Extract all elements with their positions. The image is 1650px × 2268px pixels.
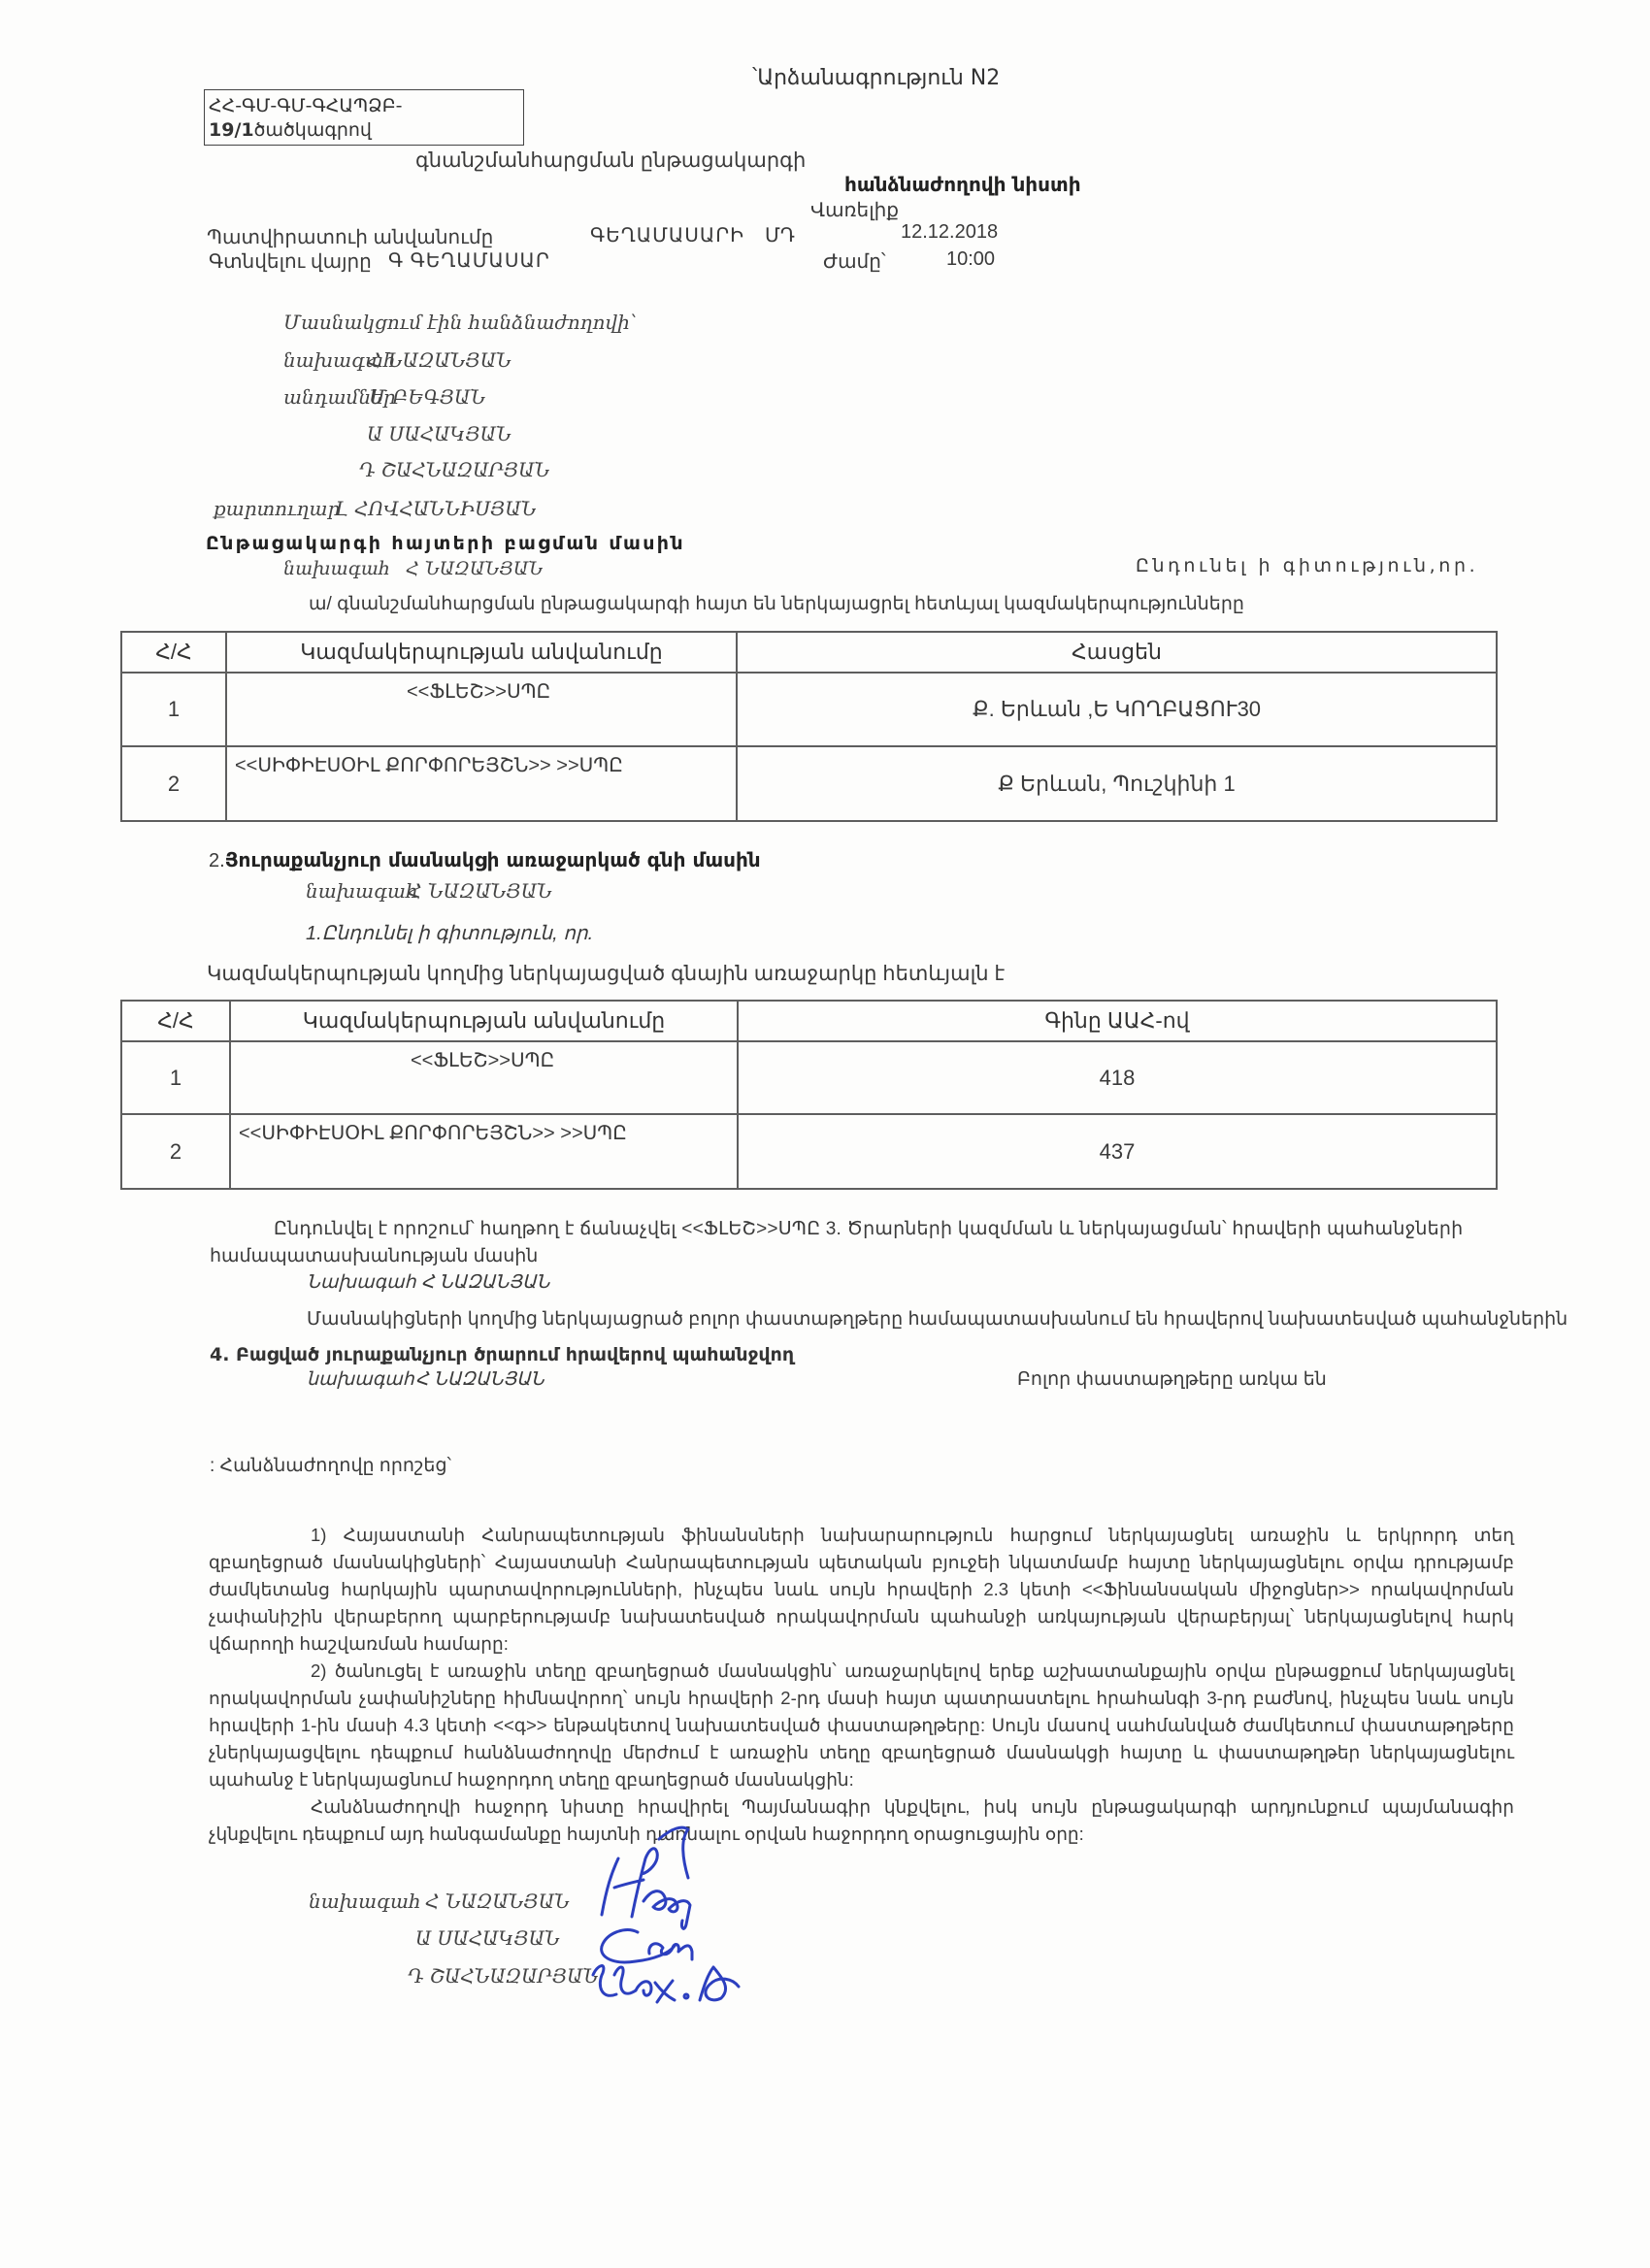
participants-intro: Մասնակցում էին հանձնաժողովի՝ [283, 311, 637, 334]
section1-chair-label: նախագահ [283, 558, 390, 579]
code-suffix: ծածկագրով [254, 119, 372, 141]
prices-table: Հ/Հ Կազմակերպության անվանումը Գինը ԱԱՀ-ո… [120, 1000, 1498, 1190]
org-name-cell: <<ՍԻՓԻԷՍՕԻԼ ՔՈՐՓՈՐԵՅՇՆ>> >>ՍՊԸ [226, 746, 737, 821]
decision-item: 1) Հայաստանի Հանրապետության ֆինանսների ն… [209, 1522, 1514, 1658]
appendix-label: ՝Արձանագրություն N2 [752, 66, 1000, 90]
column-header-name: Կազմակերպության անվանումը [226, 632, 737, 673]
customer-suffix: ՄԴ [765, 223, 795, 247]
org-name: <<ՍԻՓԻԷՍՕԻԼ ՔՈՐՓՈՐԵՅՇՆ>> >>ՍՊԸ [239, 1121, 627, 1145]
row-number: 2 [121, 1114, 230, 1189]
held-label: Վառելիք [810, 198, 899, 222]
decision-item: Հանձնաժողովի հաջորդ նիստը հրավիրել Պայմա… [209, 1793, 1514, 1848]
member-name: Դ ՇԱՀՆԱԶԱՐՅԱՆ [359, 458, 549, 481]
section2-title-text: Յուրաքանչյուր մասնակցի առաջարկած գնի մաս… [225, 848, 761, 871]
column-header-number: Հ/Հ [121, 1001, 230, 1041]
location-value: Գ ԳԵՂԱՄԱՍԱՐ [388, 248, 550, 273]
table-header-row: Հ/Հ Կազմակերպության անվանումը Գինը ԱԱՀ-ո… [121, 1001, 1497, 1041]
signature-chair-label: նախագահ [309, 1890, 421, 1913]
org-name: <<ՖԼԵՇ>>ՍՊԸ [407, 679, 550, 704]
section2-subtext: Կազմակերպության կողմից ներկայացված գնայի… [207, 962, 1005, 986]
time-value: 10:00 [946, 248, 995, 271]
org-name-cell: <<ՖԼԵՇ>>ՍՊԸ [226, 673, 737, 746]
address: Ք Երևան, Պուշկինի 1 [737, 746, 1497, 821]
member-name: Ա ՍԱՀԱԿՅԱՆ [367, 422, 511, 445]
section2-title: 2.Յուրաքանչյուր մասնակցի առաջարկած գնի մ… [209, 848, 761, 872]
winner-decision-line2: համապատասխանության մասին [210, 1245, 538, 1267]
member-name: Մ ԲԵԳՅԱՆ [369, 385, 485, 409]
secretary-label: քարտուղար [214, 497, 340, 520]
section2-chair-name: Հ ՆԱԶԱՆՅԱՆ [408, 879, 552, 903]
procedure-line: գնանշմանհարցման ընթացակարգի [415, 148, 806, 173]
decision-item: 2) ծանուցել է առաջին տեղը զբաղեցրած մասն… [209, 1658, 1514, 1793]
handwritten-signatures [568, 1820, 762, 2014]
table-row: 2 <<ՍԻՓԻԷՍՕԻԼ ՔՈՐՓՈՐԵՅՇՆ>> >>ՍՊԸ Ք Երևան… [121, 746, 1497, 821]
signature-name: Հ ՆԱԶԱՆՅԱՆ [425, 1890, 570, 1913]
row-number: 1 [121, 673, 226, 746]
price: 437 [738, 1114, 1497, 1189]
commission-decided: : Հանձնաժողովը որոշեց՝ [210, 1455, 451, 1477]
section2-number: 2. [209, 850, 225, 871]
section1-decision: Ընդունել ի գիտություն,որ. [1136, 555, 1478, 576]
chair-name: Հ ՆԱԶԱՆՅԱՆ [367, 348, 511, 372]
section1-title: Ընթացակարգի հայտերի բացման մասին [206, 533, 685, 554]
table-header-row: Հ/Հ Կազմակերպության անվանումը Հասցեն [121, 632, 1497, 673]
session-title: հանձնաժողովի նիստի [844, 173, 1081, 196]
secretary-name: Լ ՀՈՎՀԱՆՆԻՍՅԱՆ [335, 497, 537, 520]
customer-value: ԳԵՂԱՄԱՍԱՐԻ [590, 223, 744, 247]
section4-title: 4. Բացված յուրաքանչյուր ծրարում հրավերով… [210, 1344, 794, 1365]
decisions-block: 1) Հայաստանի Հանրապետության ֆինանսների ն… [209, 1522, 1514, 1848]
price: 418 [738, 1041, 1497, 1114]
row-number: 1 [121, 1041, 230, 1114]
time-label: Ժամը՝ [823, 249, 886, 274]
column-header-number: Հ/Հ [121, 632, 226, 673]
bidders-table: Հ/Հ Կազմակերպության անվանումը Հասցեն 1 <… [120, 631, 1498, 822]
section2-decision: 1.Ընդունել ի գիտություն, որ. [306, 921, 593, 945]
signature-name: Ա ՍԱՀԱԿՅԱՆ [415, 1926, 560, 1950]
section4-chair-label: նախագահ [307, 1368, 414, 1391]
table-row: 1 <<ՖԼԵՇ>>ՍՊԸ Ք. Երևան ,Ե ԿՈՂԲԱՑՈՒ30 [121, 673, 1497, 746]
table-row: 1 <<ՖԼԵՇ>>ՍՊԸ 418 [121, 1041, 1497, 1114]
section1-subtext: ա/ գնանշմանհարցման ընթացակարգի հայտ են ն… [309, 593, 1244, 615]
section4-result: Բոլոր փաստաթղթերը առկա են [1017, 1368, 1327, 1391]
section1-chair-name: Հ ՆԱԶԱՆՅԱՆ [406, 558, 543, 579]
address: Ք. Երևան ,Ե ԿՈՂԲԱՑՈՒ30 [737, 673, 1497, 746]
date-value: 12.12.2018 [901, 221, 998, 244]
org-name-cell: <<ՖԼԵՇ>>ՍՊԸ [230, 1041, 738, 1114]
customer-label: Պատվիրատուի անվանումը [207, 225, 493, 249]
org-name: <<ՍԻՓԻԷՍՕԻԼ ՔՈՐՓՈՐԵՅՇՆ>> >>ՍՊԸ [235, 753, 623, 777]
section2-chair-label: նախագահ [306, 879, 418, 903]
column-header-price: Գինը ԱԱՀ-ով [738, 1001, 1497, 1041]
procedure-code-line2: 19/1ծածկագրով [209, 118, 519, 143]
code-box: ՀՀ-ԳՄ-ԳՄ-ԳՀԱՊՁԲ- 19/1ծածկագրով [204, 89, 524, 146]
column-header-address: Հասցեն [737, 632, 1497, 673]
table-row: 2 <<ՍԻՓԻԷՍՕԻԼ ՔՈՐՓՈՐԵՅՇՆ>> >>ՍՊԸ 437 [121, 1114, 1497, 1189]
winner-decision: Ընդունվել է որոշում՝ հաղթող է ճանաչվել <… [274, 1218, 1463, 1240]
column-header-name: Կազմակերպության անվանումը [230, 1001, 738, 1041]
section4-chair-name: Հ ՆԱԶԱՆՅԱՆ [415, 1368, 544, 1391]
row-number: 2 [121, 746, 226, 821]
org-name: <<ՖԼԵՇ>>ՍՊԸ [411, 1048, 554, 1072]
section3-chair: Նախագահ Հ ՆԱԶԱՆՅԱՆ [307, 1271, 549, 1294]
code-number: 19/1 [209, 119, 254, 141]
documents-compliance: Մասնակիցների կողմից ներկայացրած բոլոր փա… [307, 1308, 1567, 1331]
procedure-code: ՀՀ-ԳՄ-ԳՄ-ԳՀԱՊՁԲ- [209, 94, 519, 118]
org-name-cell: <<ՍԻՓԻԷՍՕԻԼ ՔՈՐՓՈՐԵՅՇՆ>> >>ՍՊԸ [230, 1114, 738, 1189]
location-label: Գտնվելու վայրը [209, 249, 372, 274]
